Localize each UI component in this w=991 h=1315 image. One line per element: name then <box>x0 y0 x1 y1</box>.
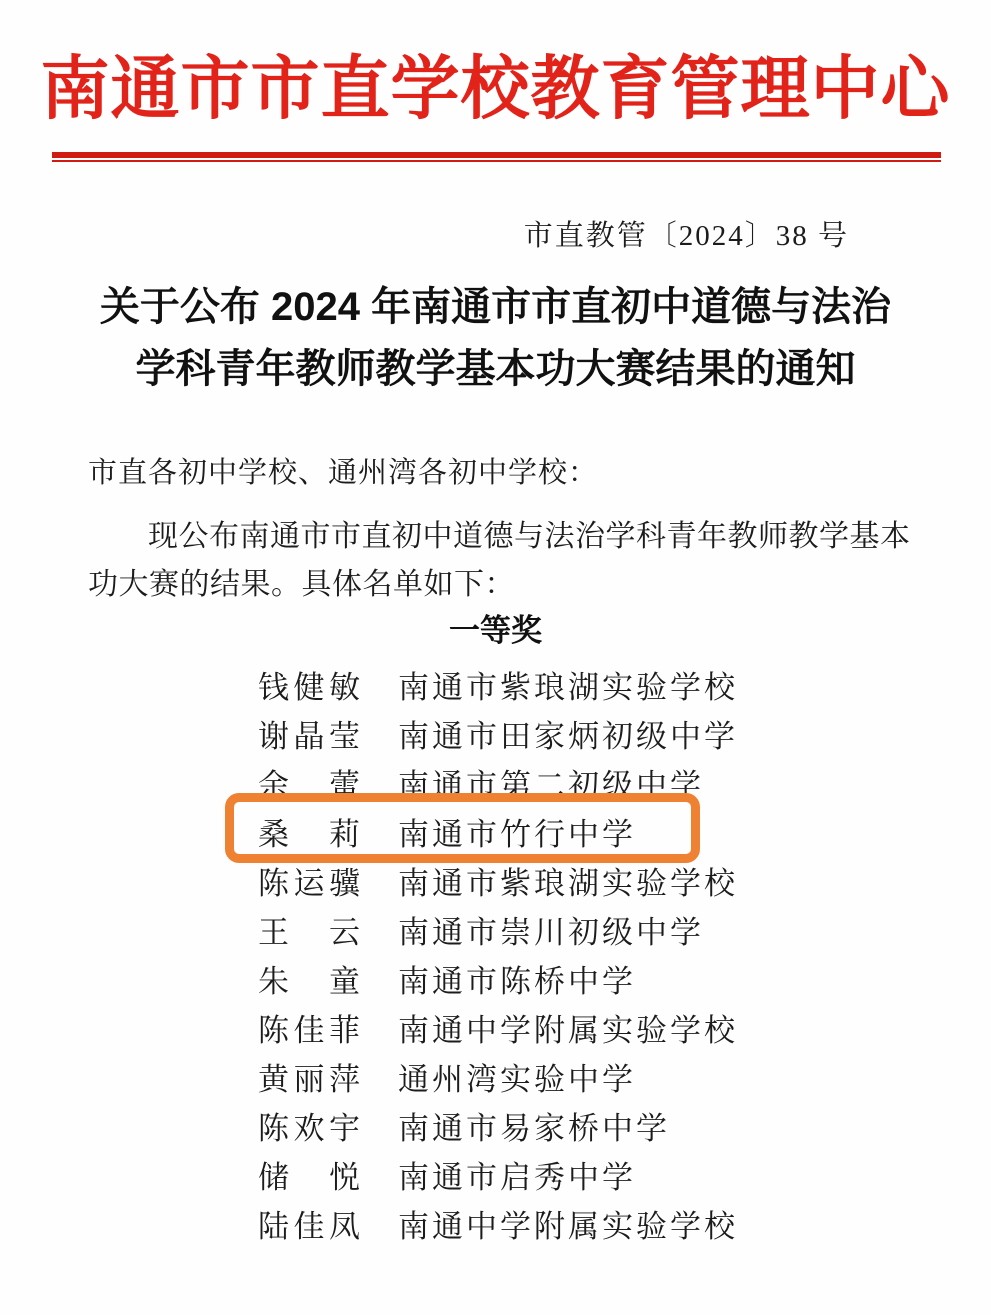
winner-name: 陈欢宇 <box>258 1103 360 1148</box>
winner-school: 南通市陈桥中学 <box>398 956 636 1001</box>
winner-name: 余 蕾 <box>258 760 360 805</box>
winner-school: 南通市田家炳初级中学 <box>398 711 738 756</box>
award-heading: 一等奖 <box>0 611 991 651</box>
winner-name: 黄丽萍 <box>258 1054 360 1099</box>
winner-name: 储 悦 <box>258 1152 360 1197</box>
winner-school: 南通市第二初级中学 <box>398 760 704 805</box>
winner-row: 余 蕾 南通市第二初级中学 <box>0 758 991 807</box>
notice-title-line1: 关于公布 2024 年南通市市直初中道德与法治 <box>0 276 991 338</box>
salutation: 市直各初中学校、通州湾各初中学校： <box>88 450 598 491</box>
winner-name: 陆佳凤 <box>258 1201 360 1246</box>
winner-row: 陈运骥 南通市紫琅湖实验学校 <box>0 856 991 905</box>
document-page: 南通市市直学校教育管理中心 市直教管〔2024〕38 号 关于公布 2024 年… <box>0 0 991 1315</box>
letterhead-divider <box>52 152 941 162</box>
winner-school: 南通市紫琅湖实验学校 <box>398 858 738 903</box>
winner-name: 桑 莉 <box>258 809 360 854</box>
winner-name: 朱 童 <box>258 956 360 1001</box>
winner-row: 谢晶莹 南通市田家炳初级中学 <box>0 709 991 758</box>
notice-title: 关于公布 2024 年南通市市直初中道德与法治 学科青年教师教学基本功大赛结果的… <box>0 276 991 400</box>
winner-school: 南通中学附属实验学校 <box>398 1201 738 1246</box>
winner-row: 黄丽萍 通州湾实验中学 <box>0 1052 991 1101</box>
winner-school: 南通市易家桥中学 <box>398 1103 670 1148</box>
winner-name: 陈佳菲 <box>258 1005 360 1050</box>
winner-name: 陈运骥 <box>258 858 360 903</box>
winner-name: 谢晶莹 <box>258 711 360 756</box>
winner-school: 南通市启秀中学 <box>398 1152 636 1197</box>
winner-name: 钱健敏 <box>258 662 360 707</box>
winner-row: 储 悦 南通市启秀中学 <box>0 1150 991 1199</box>
winner-row: 陆佳凤 南通中学附属实验学校 <box>0 1199 991 1248</box>
winner-row: 朱 童 南通市陈桥中学 <box>0 954 991 1003</box>
notice-title-line2: 学科青年教师教学基本功大赛结果的通知 <box>0 338 991 400</box>
winner-row: 陈佳菲 南通中学附属实验学校 <box>0 1003 991 1052</box>
winner-school: 通州湾实验中学 <box>398 1054 636 1099</box>
winner-row: 王 云 南通市崇川初级中学 <box>0 905 991 954</box>
winners-list: 钱健敏 南通市紫琅湖实验学校 谢晶莹 南通市田家炳初级中学 余 蕾 南通市第二初… <box>0 660 991 1248</box>
winner-school: 南通市紫琅湖实验学校 <box>398 662 738 707</box>
body-paragraph: 现公布南通市市直初中道德与法治学科青年教师教学基本 功大赛的结果。具体名单如下： <box>88 513 918 609</box>
winner-row: 桑 莉 南通市竹行中学 <box>0 807 991 856</box>
document-number: 市直教管〔2024〕38 号 <box>524 218 849 254</box>
letterhead-title: 南通市市直学校教育管理中心 <box>0 46 991 132</box>
winner-school: 南通市崇川初级中学 <box>398 907 704 952</box>
winner-row: 钱健敏 南通市紫琅湖实验学校 <box>0 660 991 709</box>
body-line2: 功大赛的结果。具体名单如下： <box>88 561 918 609</box>
winner-name: 王 云 <box>258 907 360 952</box>
winner-school: 南通中学附属实验学校 <box>398 1005 738 1050</box>
body-line1: 现公布南通市市直初中道德与法治学科青年教师教学基本 <box>88 513 918 561</box>
winner-row: 陈欢宇 南通市易家桥中学 <box>0 1101 991 1150</box>
winner-school: 南通市竹行中学 <box>398 809 636 854</box>
